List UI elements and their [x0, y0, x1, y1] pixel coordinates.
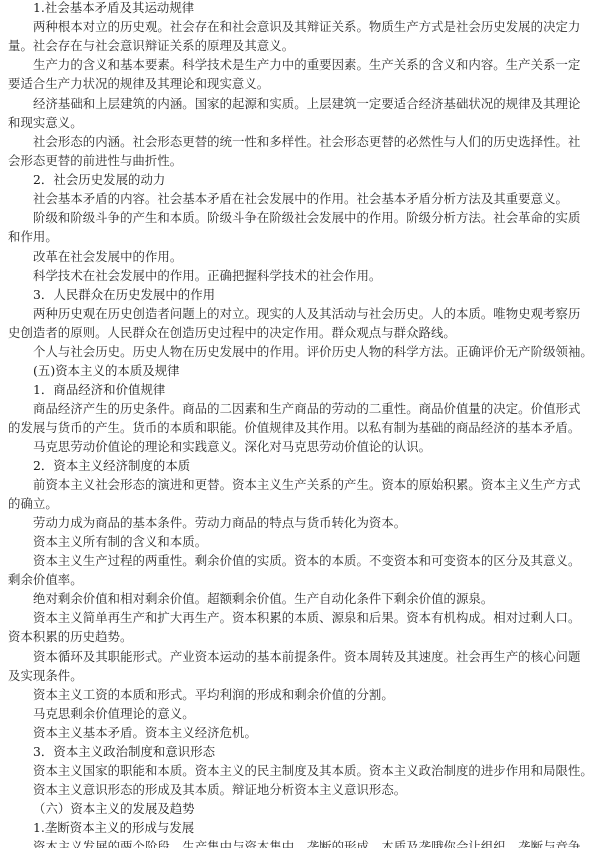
- paragraph-line: 劳动力成为商品的基本条件。劳动力商品的特点与货币转化为资本。: [33, 515, 596, 531]
- paragraph-line: 阶级和阶级斗争的产生和本质。阶级斗争在阶级社会发展中的作用。阶级分析方法。社会革…: [33, 210, 596, 226]
- paragraph-line: 资本主义基本矛盾。资本主义经济危机。: [33, 725, 596, 741]
- paragraph-line: 资本主义生产过程的两重性。剩余价值的实质。资本的本质。不变资本和可变资本的区分及…: [33, 553, 596, 569]
- section-heading: 3．资本主义政治制度和意识形态: [33, 744, 596, 760]
- paragraph-line: 两种历史观在历史创造者问题上的对立。现实的人及其活动与社会历史。人的本质。唯物史…: [33, 306, 596, 322]
- paragraph-line: 个人与社会历史。历史人物在历史发展中的作用。评价历史人物的科学方法。正确评价无产…: [33, 344, 596, 360]
- paragraph-line: 会形态更替的前进性与曲折性。: [8, 153, 596, 169]
- paragraph-line: 资本主义所有制的含义和本质。: [33, 534, 596, 550]
- paragraph-line: 改革在社会发展中的作用。: [33, 249, 596, 265]
- paragraph-line: 资本循环及其职能形式。产业资本运动的基本前提条件。资本周转及其速度。社会再生产的…: [33, 649, 596, 665]
- paragraph-line: 资本主义意识形态的形成及其本质。辩证地分析资本主义意识形态。: [33, 782, 596, 798]
- document-page: 1.社会基本矛盾及其运动规律两种根本对立的历史观。社会存在和社会意识及其辩证关系…: [0, 0, 600, 848]
- paragraph-line: 资本主义工资的本质和形式。平均利润的形成和剩余价值的分割。: [33, 687, 596, 703]
- paragraph-line: 资本主义简单再生产和扩大再生产。资本积累的本质、源泉和后果。资本有机构成。相对过…: [33, 610, 596, 626]
- paragraph-line: 经济基础和上层建筑的内涵。国家的起源和实质。上层建筑一定要适合经济基础状况的规律…: [33, 96, 596, 112]
- section-heading: （六）资本主义的发展及趋势: [33, 801, 596, 817]
- paragraph-line: 科学技术在社会发展中的作用。正确把握科学技术的社会作用。: [33, 268, 596, 284]
- paragraph-line: 剩余价值率。: [8, 572, 596, 588]
- section-heading: 3．人民群众在历史发展中的作用: [33, 287, 596, 303]
- paragraph-line: 社会基本矛盾的内容。社会基本矛盾在社会发展中的作用。社会基本矛盾分析方法及其重要…: [33, 191, 596, 207]
- paragraph-line: 的确立。: [8, 496, 596, 512]
- paragraph-line: 前资本主义社会形态的演进和更替。资本主义生产关系的产生。资本的原始积累。资本主义…: [33, 477, 596, 493]
- paragraph-line: 资本积累的历史趋势。: [8, 629, 596, 645]
- paragraph-line: 的发展与货币的产生。货币的本质和职能。价值规律及其作用。以私有制为基础的商品经济…: [8, 420, 596, 436]
- paragraph-line: 马克思剩余价值理论的意义。: [33, 706, 596, 722]
- section-heading: 1.垄断资本主义的形成与发展: [33, 820, 596, 836]
- paragraph-line: 及实现条件。: [8, 668, 596, 684]
- paragraph-line: 史创造者的原则。人民群众在创造历史过程中的决定作用。群众观点与群众路线。: [8, 325, 596, 341]
- paragraph-line: 和现实意义。: [8, 115, 596, 131]
- paragraph-line: 社会形态的内涵。社会形态更替的统一性和多样性。社会形态更替的必然性与人们的历史选…: [33, 134, 596, 150]
- paragraph-line: 两种根本对立的历史观。社会存在和社会意识及其辩证关系。物质生产方式是社会历史发展…: [33, 19, 596, 35]
- section-heading: 2．社会历史发展的动力: [33, 172, 596, 188]
- paragraph-line: 马克思劳动价值论的理论和实践意义。深化对马克思劳动价值论的认识。: [33, 439, 596, 455]
- paragraph-line: 要适合生产力状况的规律及其理论和现实意义。: [8, 76, 596, 92]
- section-heading: (五)资本主义的本质及规律: [33, 363, 596, 379]
- paragraph-line: 和作用。: [8, 229, 596, 245]
- paragraph-line: 量。社会存在与社会意识辩证关系的原理及其意义。: [8, 38, 596, 54]
- paragraph-line: 绝对剩余价值和相对剩余价值。超额剩余价值。生产自动化条件下剩余价值的源泉。: [33, 591, 596, 607]
- section-heading: 2．资本主义经济制度的本质: [33, 458, 596, 474]
- section-heading: 1.社会基本矛盾及其运动规律: [33, 0, 596, 16]
- paragraph-line: 商品经济产生的历史条件。商品的二因素和生产商品的劳动的二重性。商品价值量的决定。…: [33, 401, 596, 417]
- section-heading: 1．商品经济和价值规律: [33, 382, 596, 398]
- paragraph-line: 生产力的含义和基本要素。科学技术是生产力中的重要因素。生产关系的含义和内容。生产…: [33, 57, 596, 73]
- paragraph-line: 资本主义发展的两个阶段。生产集中与资本集中。垄断的形成、本质及垄哦你会让组织。垄…: [33, 839, 596, 848]
- paragraph-line: 资本主义国家的职能和本质。资本主义的民主制度及其本质。资本主义政治制度的进步作用…: [33, 763, 596, 779]
